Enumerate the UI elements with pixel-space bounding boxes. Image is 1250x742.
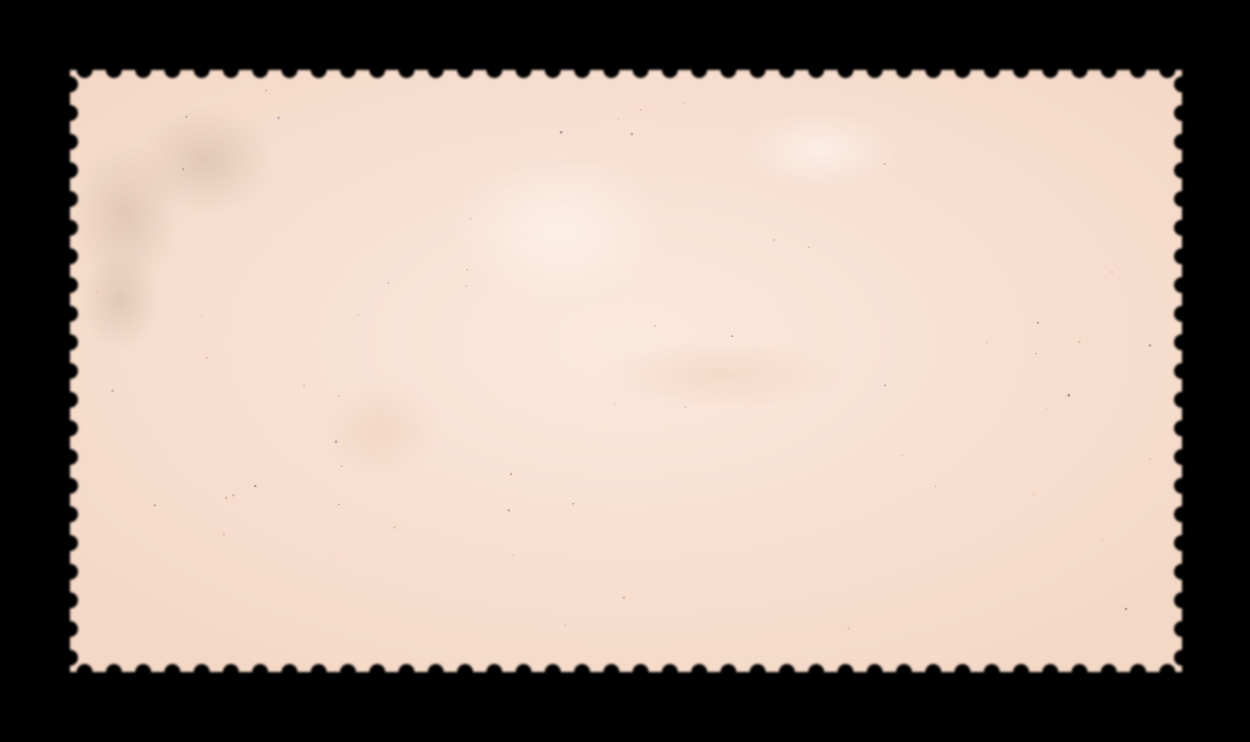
photo-scene [0, 0, 1250, 742]
stamp-back [0, 0, 1250, 742]
